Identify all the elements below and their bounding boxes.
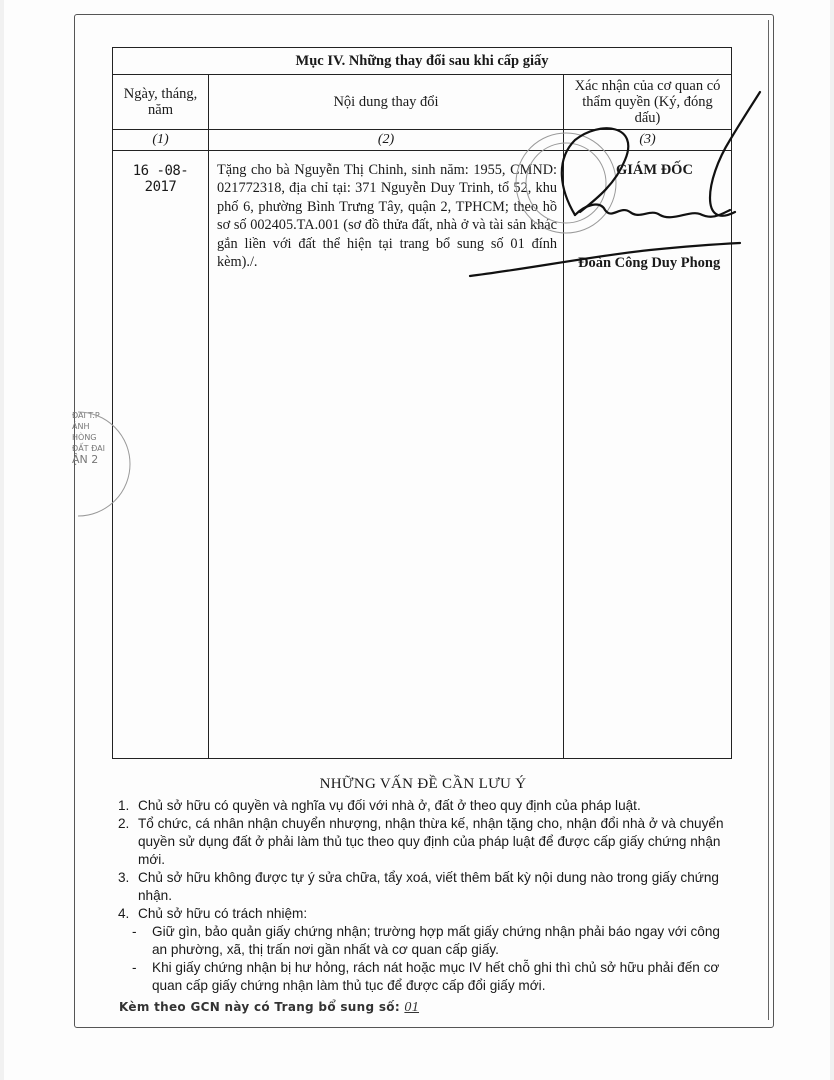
note-item: 3. Chủ sở hữu không được tự ý sửa chữa, … (118, 869, 728, 905)
column-number-2: (2) (209, 130, 564, 151)
column-number-3: (3) (564, 130, 732, 151)
note-item: 1. Chủ sở hữu có quyền và nghĩa vụ đối v… (118, 797, 728, 815)
notes-title: NHỮNG VẤN ĐỀ CẦN LƯU Ý (118, 775, 728, 793)
changes-table: Mục IV. Những thay đổi sau khi cấp giấy … (112, 47, 732, 759)
note-sub-item: - Giữ gìn, bảo quản giấy chứng nhận; trư… (132, 923, 728, 959)
note-item: 4. Chủ sở hữu có trách nhiệm: (118, 905, 728, 923)
note-sub-text: Khi giấy chứng nhận bị hư hỏng, rách nát… (152, 959, 728, 995)
stamp-text: ẬN 2 (72, 454, 105, 465)
column-header-confirmation: Xác nhận của cơ quan có thẩm quyền (Ký, … (564, 75, 732, 130)
stamp-text: ÁNH (72, 421, 105, 432)
notes-section: NHỮNG VẤN ĐỀ CẦN LƯU Ý 1. Chủ sở hữu có … (118, 775, 728, 995)
signer-role: GIÁM ĐỐC (616, 162, 693, 179)
signer-name: Đoàn Công Duy Phong (578, 255, 720, 272)
note-number: 3. (118, 869, 138, 905)
stamp-text: ĐAI T.P (72, 410, 105, 421)
table-row: 16 -08- 2017 Tặng cho bà Nguyễn Thị Chin… (113, 151, 732, 759)
note-number: 4. (118, 905, 138, 923)
supplement-label: Kèm theo GCN này có Trang bổ sung số: (119, 1000, 400, 1014)
note-number: 2. (118, 815, 138, 869)
note-text: Chủ sở hữu không được tự ý sửa chữa, tẩy… (138, 869, 728, 905)
column-header-content: Nội dung thay đổi (209, 75, 564, 130)
note-text: Chủ sở hữu có quyền và nghĩa vụ đối với … (138, 797, 641, 815)
note-number: 1. (118, 797, 138, 815)
supplement-number: 01 (404, 1000, 419, 1015)
change-content: Tặng cho bà Nguyễn Thị Chinh, sinh năm: … (209, 151, 564, 759)
confirmation-cell: GIÁM ĐỐC Đoàn Công Duy Phong (564, 151, 732, 759)
bullet: - (132, 923, 152, 959)
bullet: - (132, 959, 152, 995)
section-title: Mục IV. Những thay đổi sau khi cấp giấy (113, 48, 732, 75)
note-text: Tổ chức, cá nhân nhận chuyển nhượng, nhậ… (138, 815, 728, 869)
change-date: 16 -08- 2017 (113, 151, 209, 759)
column-number-1: (1) (113, 130, 209, 151)
note-text: Chủ sở hữu có trách nhiệm: (138, 905, 307, 923)
stamp-text: HÒNG (72, 432, 105, 443)
supplement-page-note: Kèm theo GCN này có Trang bổ sung số: 01 (119, 1000, 419, 1016)
note-sub-item: - Khi giấy chứng nhận bị hư hỏng, rách n… (132, 959, 728, 995)
note-item: 2. Tổ chức, cá nhân nhận chuyển nhượng, … (118, 815, 728, 869)
page-border-right (768, 20, 769, 1020)
column-header-date: Ngày, tháng, năm (113, 75, 209, 130)
partial-seal-stamp: ĐAI T.P ÁNH HÒNG ĐẤT ĐAI ẬN 2 (72, 410, 105, 465)
note-sub-text: Giữ gìn, bảo quản giấy chứng nhận; trườn… (152, 923, 728, 959)
